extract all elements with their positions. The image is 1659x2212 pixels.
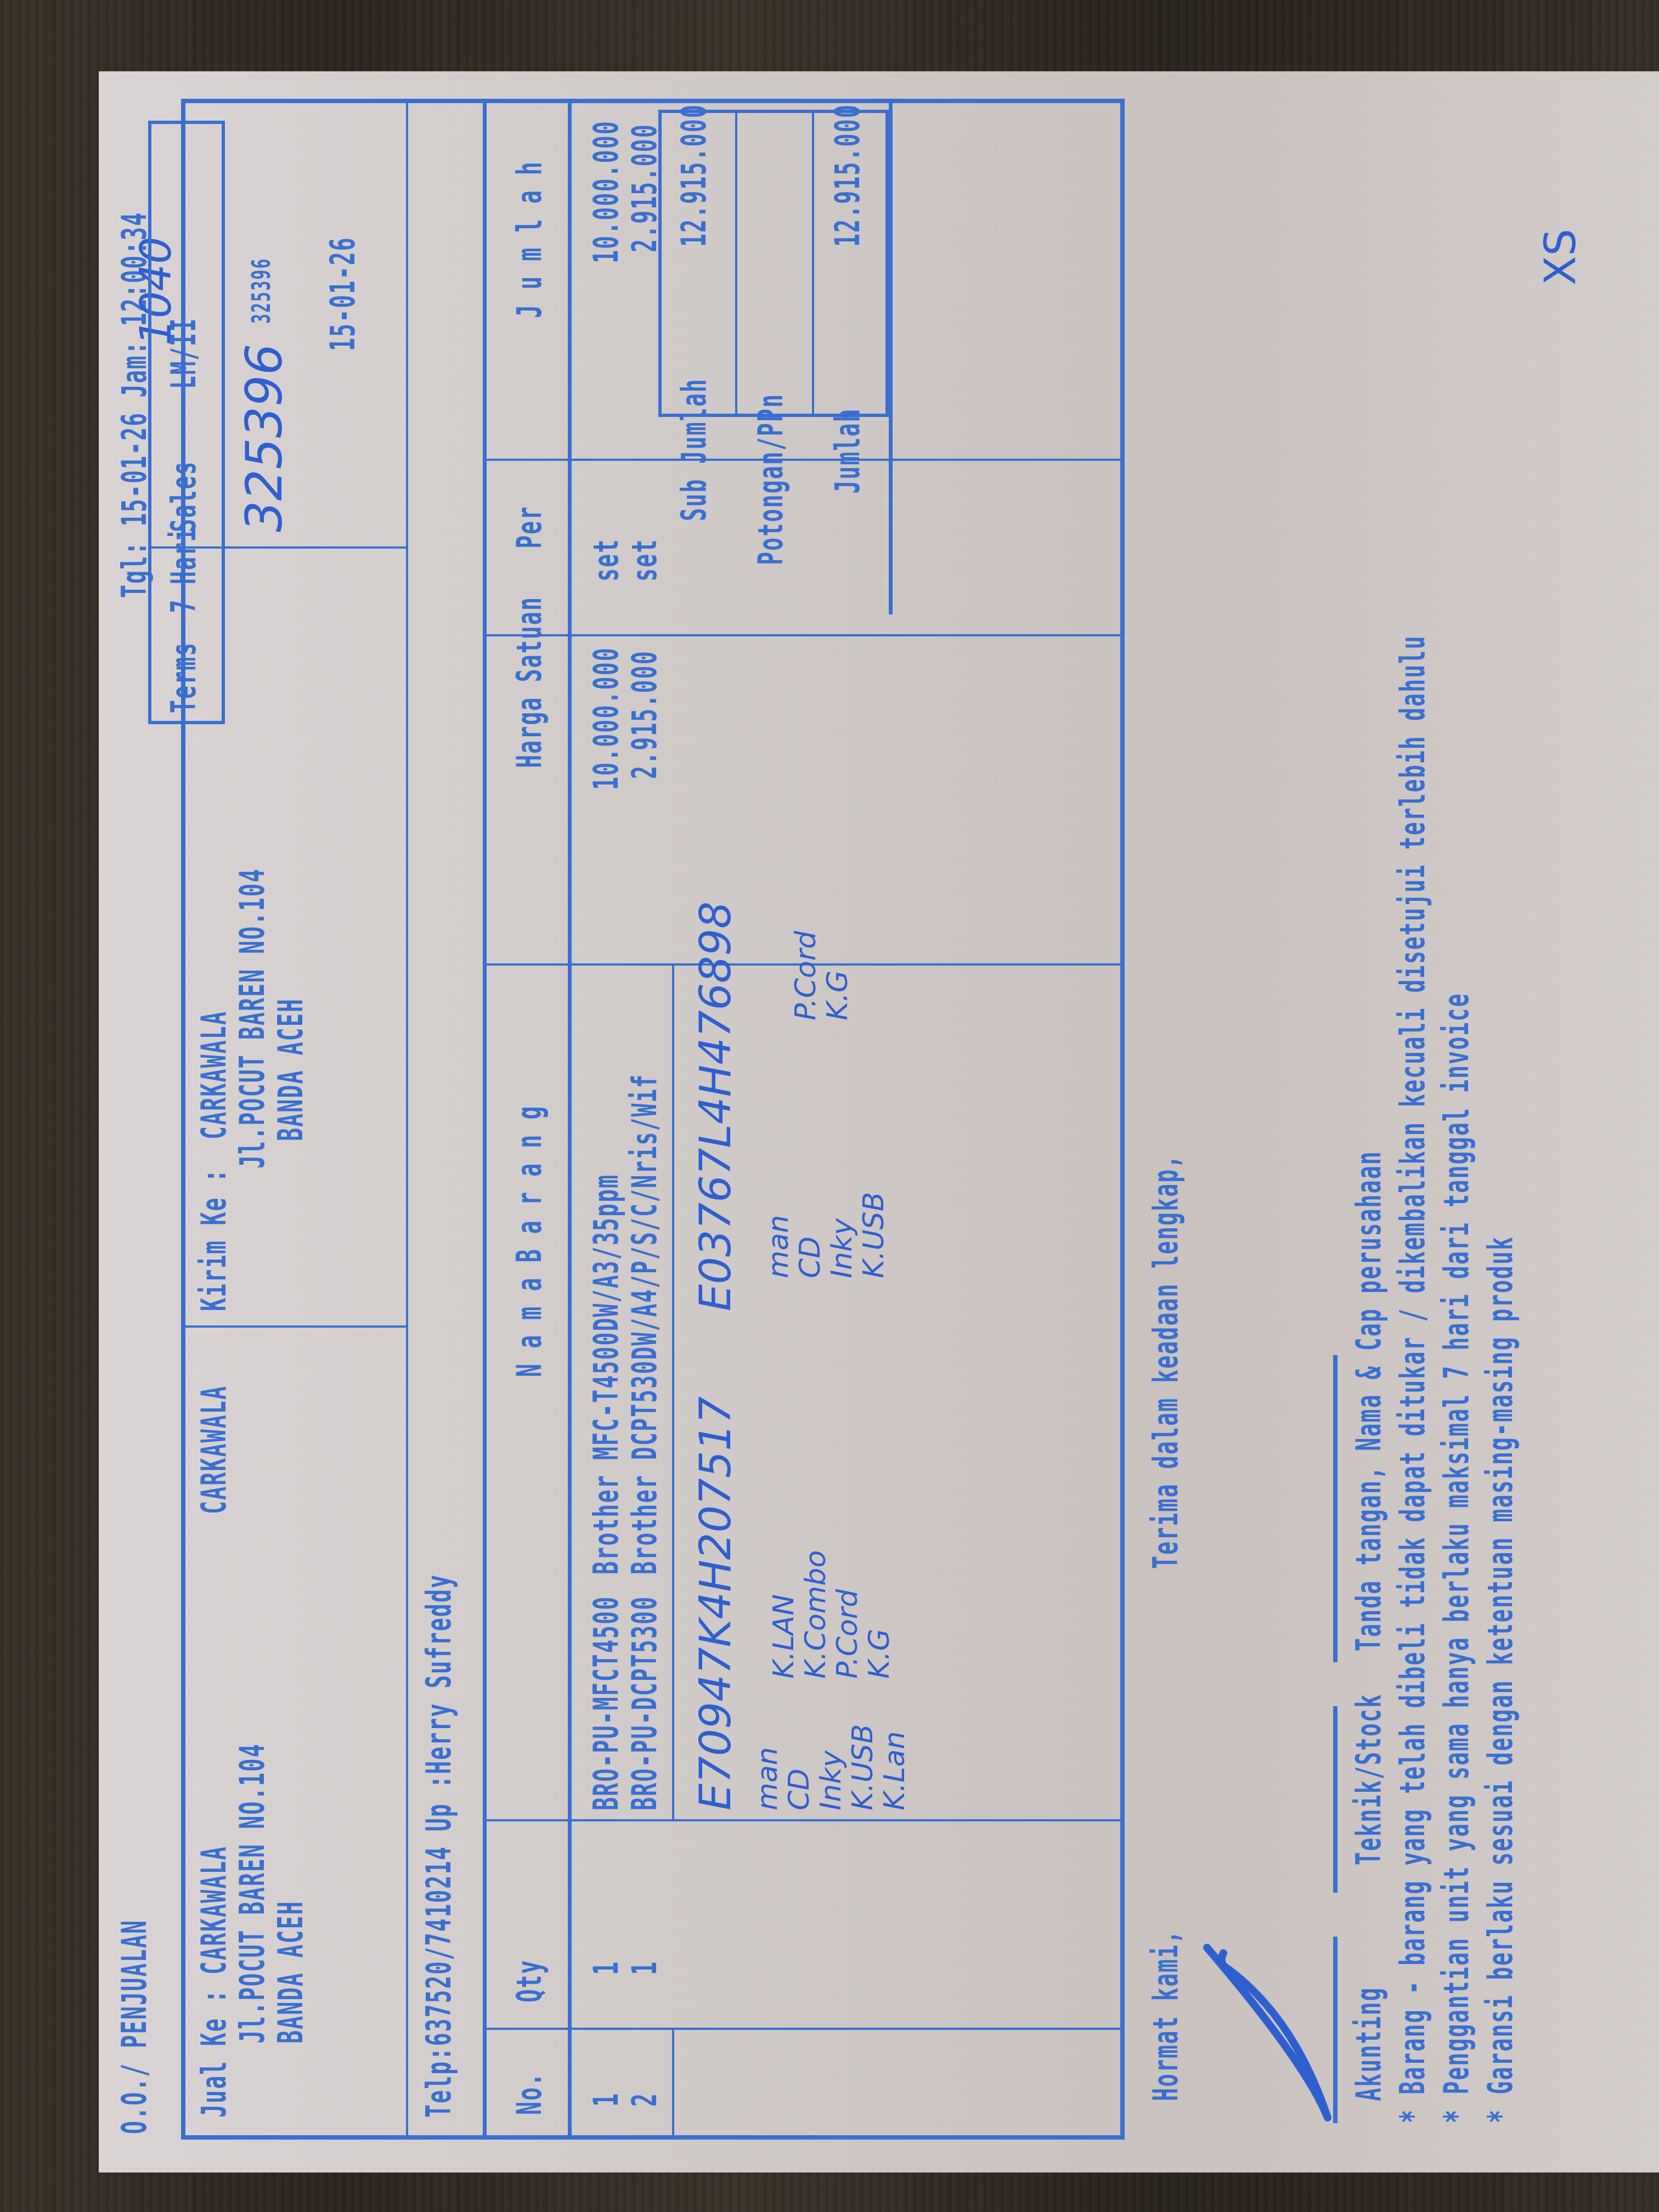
accounting-label: Akunting (1350, 1987, 1389, 2101)
note-item: K.G (822, 931, 854, 1020)
column-divider (483, 1819, 1125, 1821)
terms-value: 7 Hari (165, 527, 204, 613)
discount-label: Potongan/PPn (752, 393, 791, 565)
note-item: man (763, 1192, 794, 1278)
ship-to-city: BANDA ACEH (272, 998, 311, 1141)
col-qty: Qty (510, 1960, 549, 2002)
totals-box (658, 110, 889, 417)
company-name: CARKAWALA (195, 1385, 234, 1514)
col-per: Per (510, 506, 549, 549)
ship-to-label: Kirim Ke : CARKAWALA (195, 1011, 234, 1311)
technical-label: Teknik/Stock (1350, 1694, 1389, 1865)
note-item: Inky (815, 1724, 847, 1810)
terms-label-text: Terms (165, 642, 204, 713)
receipt-paper: O.O./ PENJUALAN Tgl: 15-01-26 Jam: 12:00… (99, 71, 1659, 2172)
note-item: CD (783, 1724, 815, 1810)
row-per: set (625, 539, 664, 582)
sign-stamp-label: Tanda tangan, Nama & Cap perusahaan (1350, 1150, 1389, 1651)
corner-mark: XS (1536, 229, 1585, 285)
divider (672, 2030, 674, 2140)
row-price: 2.915.000 (625, 650, 664, 779)
col-amount: J u m l a h (510, 161, 549, 318)
signature-line (1333, 1706, 1338, 1893)
note-item: Inky (826, 1192, 858, 1278)
note-item: K.LAN (768, 1550, 800, 1679)
invoice-number-handwritten: 325396 (236, 343, 294, 532)
row-no: 1 (587, 2092, 626, 2107)
divider (735, 110, 737, 417)
sold-to-city: BANDA ACEH (272, 1900, 311, 2044)
footer-note: * Barang - barang yang telah dibeli tida… (1393, 635, 1432, 2123)
divider (181, 1325, 406, 1328)
row-code: BRO-PU-DCPT5300 (625, 1596, 664, 1810)
received-text: Terima dalam keadaan lengkap, (1147, 1154, 1186, 1569)
invoice-number: 325396 (247, 258, 276, 324)
note-item: man (752, 1724, 783, 1810)
sales-label: Sales LM/II (165, 318, 204, 532)
footer-note: * Garansi berlaku sesuai dengan ketentua… (1481, 1236, 1520, 2123)
handwritten-accessories: man CD Inky K.USB K.Lan (752, 1724, 911, 1810)
column-divider (483, 459, 1125, 461)
divider (568, 99, 572, 2140)
row-name: Brother DCPT530DW/A4/P/S/C/Nris/Wif (625, 1074, 664, 1575)
terms-label: Terms 7 Hari (165, 527, 204, 713)
handwritten-accessories: P.Cord K.G (790, 931, 854, 1020)
note-item: K.Combo (800, 1550, 832, 1679)
sales-label-text: Sales (165, 461, 204, 532)
sold-to-name: CARKAWALA (195, 1846, 234, 1974)
total-label: Jumlah (828, 408, 867, 494)
signature-line (1333, 1355, 1338, 1662)
col-name: N a m a B a r a n g (510, 1105, 549, 1377)
handwritten-serial-1: E70947K4H207517 (691, 1396, 741, 1810)
column-divider (483, 2028, 1125, 2030)
sold-to-label: Jual Ke : CARKAWALA (195, 1846, 234, 2118)
note-item: CD (794, 1192, 826, 1278)
note-item: P.Cord (832, 1550, 864, 1679)
note-item: K.USB (858, 1192, 890, 1278)
divider (225, 546, 406, 549)
doc-type: O.O./ PENJUALAN (115, 1920, 154, 2134)
note-item: K.USB (847, 1724, 879, 1810)
ship-date: 15-01-26 (324, 236, 363, 351)
handwritten-serial-2: E03767L4H476898 (691, 901, 741, 1311)
signature-scribble (1196, 1887, 1350, 2129)
row-name: Brother MFC-T4500DW/A3/35ppm (587, 1174, 626, 1575)
divider (672, 966, 674, 1821)
note-item: K.G (864, 1550, 895, 1679)
contact-line: Telp:637520/7410214 Up :Herry Sufreddy (420, 1574, 459, 2118)
row-qty: 1 (625, 1961, 664, 1975)
note-item: K.Lan (879, 1724, 911, 1810)
signature-line (1333, 1937, 1338, 2123)
col-no: No. (510, 2072, 549, 2115)
divider (812, 110, 814, 417)
row-qty: 1 (587, 1961, 626, 1975)
ship-to-name: CARKAWALA (195, 1011, 234, 1139)
row-amount: 10.000.000 (587, 120, 626, 263)
divider (483, 99, 487, 2140)
sold-to-address: Jl.POCUT BAREN NO.104 (233, 1743, 272, 2044)
col-price: Harga Satuan (510, 596, 549, 768)
row-no: 2 (625, 2092, 664, 2107)
sales-value: LM/II (165, 318, 204, 389)
regards-text: Hormat kami, (1147, 1929, 1186, 2101)
handwritten-accessories: K.LAN K.Combo P.Cord K.G (768, 1550, 895, 1679)
sold-to-label-text: Jual Ke : (195, 1989, 234, 2118)
receipt-photo: O.O./ PENJUALAN Tgl: 15-01-26 Jam: 12:00… (99, 71, 1659, 2172)
handwritten-accessories: man CD Inky K.USB (763, 1192, 890, 1278)
row-price: 10.000.000 (587, 647, 626, 790)
divider (406, 99, 408, 2140)
ship-to-address: Jl.POCUT BAREN NO.104 (233, 868, 272, 1169)
footer-note: * Penggantian unit yang sama hanya berla… (1437, 993, 1476, 2123)
divider (889, 99, 893, 614)
row-code: BRO-PU-MFCT4500 (587, 1596, 626, 1810)
ship-to-label-text: Kirim Ke : (195, 1168, 234, 1311)
note-item: P.Cord (790, 931, 822, 1020)
row-per: set (587, 539, 626, 582)
column-divider (483, 634, 1125, 636)
